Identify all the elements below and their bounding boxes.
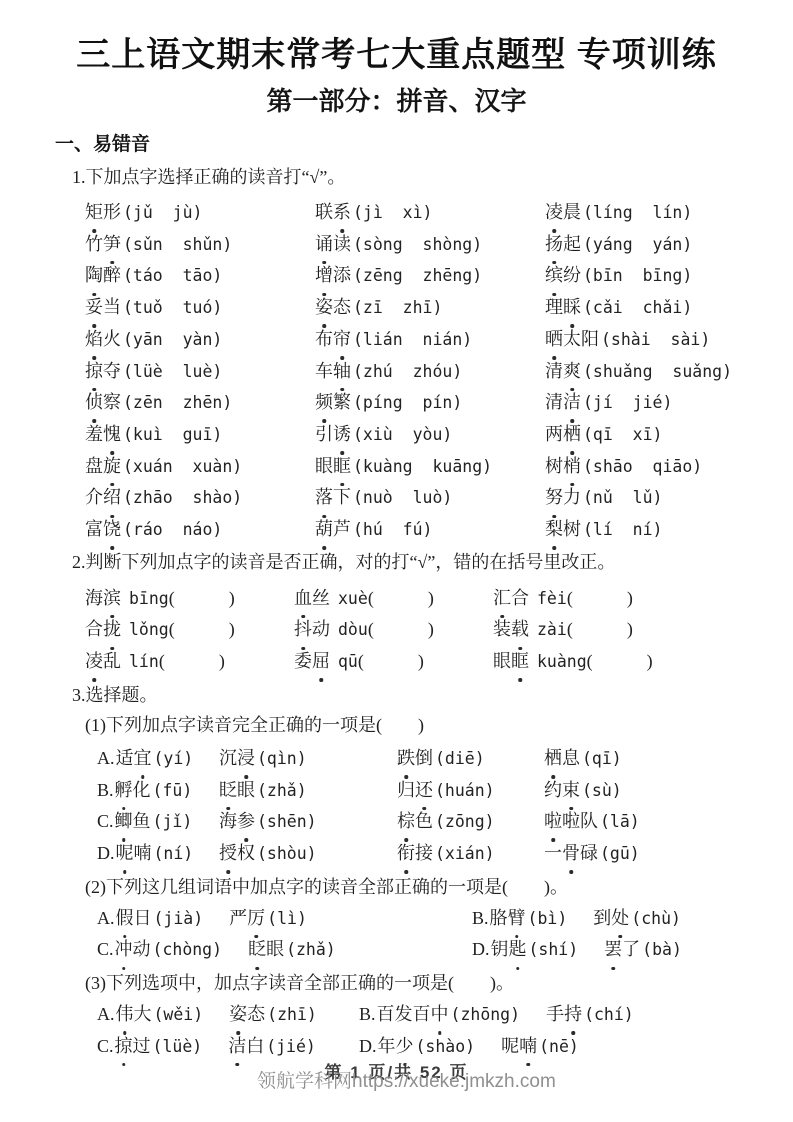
word-item: 车轴(zhú zhóu) xyxy=(315,356,545,388)
pinyin: (lüè luè) xyxy=(123,362,222,381)
hanzi-word: 栖息 xyxy=(544,748,580,768)
hanzi-word: 海滨 xyxy=(85,588,121,608)
hanzi-word: 盘旋 xyxy=(85,456,121,476)
hanzi-word: 冲动 xyxy=(115,939,151,959)
pinyin: (xiù yòu) xyxy=(353,425,452,444)
hanzi-word: 葫芦 xyxy=(315,519,351,539)
pinyin: (kuàng kuāng) xyxy=(353,457,492,476)
pinyin: (chù) xyxy=(631,909,681,928)
hanzi-word: 树梢 xyxy=(545,456,581,476)
word-item: D.呢喃(ní) xyxy=(97,838,219,870)
word-item: 一骨碌(gū) xyxy=(544,838,640,870)
hanzi-word: 妥当 xyxy=(85,297,121,317)
hanzi-word: 焰火 xyxy=(85,329,121,349)
hanzi-word: 呢喃 xyxy=(116,843,152,863)
word-row: A.伟大(wěi)姿态(zhī)B.百发百中(zhōng)手持(chí) xyxy=(97,999,793,1031)
hanzi-word: 联系 xyxy=(315,202,351,222)
word-item: D.钥匙(shí) xyxy=(472,934,578,966)
word-item: 合拢lǒng() xyxy=(85,614,294,646)
word-item: 频繁(píng pín) xyxy=(315,387,545,419)
pinyin: (zēn zhēn) xyxy=(123,393,232,412)
pinyin: (zhī) xyxy=(267,1005,317,1024)
hanzi-word: 装载 xyxy=(493,619,529,639)
word-item: 啦啦队(lā) xyxy=(544,806,640,838)
word-item: 扬起(yáng yán) xyxy=(545,229,775,261)
word-item: 归还(huán) xyxy=(397,775,544,807)
hanzi-word: 诵读 xyxy=(315,234,351,254)
hanzi-word: 眨眼 xyxy=(248,939,284,959)
word-row: 盘旋(xuán xuàn)眼眶(kuàng kuāng)树梢(shāo qiāo… xyxy=(85,451,793,483)
pinyin: (nē) xyxy=(539,1037,579,1056)
hanzi-word: 羞愧 xyxy=(85,424,121,444)
hanzi-word: 布帘 xyxy=(315,329,351,349)
word-item: 理睬(cǎi chǎi) xyxy=(545,292,775,324)
q3-sub3-prompt: (3)下列选项中，加点字读音全部正确的一项是( )。 xyxy=(85,969,793,997)
pinyin: (sù) xyxy=(582,781,622,800)
pinyin: (qìn) xyxy=(257,749,307,768)
hanzi-word: 陶醉 xyxy=(85,265,121,285)
word-row: 妥当(tuǒ tuó)姿态(zī zhī)理睬(cǎi chǎi) xyxy=(85,292,793,324)
pinyin: fèi xyxy=(537,589,567,608)
pinyin: (zhōng) xyxy=(451,1005,521,1024)
word-item: B.孵化(fū) xyxy=(97,775,219,807)
pinyin: (yí) xyxy=(154,749,194,768)
hanzi-word: 掠夺 xyxy=(85,361,121,381)
word-item: B.百发百中(zhōng) xyxy=(359,999,520,1031)
word-row: A.假日(jià)严厉(lì)B.胳臂(bì)到处(chù) xyxy=(97,903,793,935)
word-item: 跌倒(diē) xyxy=(397,743,544,775)
option-group: B.百发百中(zhōng)手持(chí) xyxy=(359,999,634,1031)
hanzi-word: 引诱 xyxy=(315,424,351,444)
word-item: 矩形(jǔ jù) xyxy=(85,197,315,229)
pinyin: (shài sài) xyxy=(601,330,710,349)
pinyin: (diē) xyxy=(435,749,485,768)
hanzi-word: 晒太阳 xyxy=(545,329,599,349)
hanzi-word: 矩形 xyxy=(85,202,121,222)
word-item: 海参(shēn) xyxy=(219,806,397,838)
pinyin: (nuò luò) xyxy=(353,488,452,507)
word-item: C.鲫鱼(jǐ) xyxy=(97,806,219,838)
q1-word-grid: 矩形(jǔ jù)联系(jì xì)凌晨(líng lín)竹笋(sǔn shǔ… xyxy=(85,197,793,546)
word-item: 血丝xuè() xyxy=(294,583,493,615)
q3-sub2-options: A.假日(jià)严厉(lì)B.胳臂(bì)到处(chù)C.冲动(chòng… xyxy=(97,903,793,966)
pinyin: kuàng xyxy=(537,652,587,671)
word-item: C.冲动(chòng) xyxy=(97,934,222,966)
option-label: C. xyxy=(97,939,114,959)
pinyin: (lián nián) xyxy=(353,330,472,349)
pinyin: (fū) xyxy=(153,781,193,800)
hanzi-word: 适宜 xyxy=(116,748,152,768)
pinyin: (hú fú) xyxy=(353,520,432,539)
word-item: 落下(nuò luò) xyxy=(315,482,545,514)
option-label: B. xyxy=(359,1004,376,1024)
option-group: D.钥匙(shí)罢了(bà) xyxy=(472,934,682,966)
word-item: C.掠过(lüè) xyxy=(97,1031,202,1063)
pinyin: bīng xyxy=(129,589,169,608)
hanzi-word: 啦啦队 xyxy=(544,811,598,831)
word-item: 棕色(zōng) xyxy=(397,806,544,838)
word-item: 晒太阳(shài sài) xyxy=(545,324,775,356)
word-item: D.年少(shào) xyxy=(359,1031,475,1063)
word-item: 约束(sù) xyxy=(544,775,622,807)
word-item: 妥当(tuǒ tuó) xyxy=(85,292,315,324)
pinyin: (xián) xyxy=(435,844,495,863)
pinyin: (chòng) xyxy=(153,940,223,959)
word-row: 掠夺(lüè luè)车轴(zhú zhóu)清爽(shuǎng suǎng) xyxy=(85,356,793,388)
word-item: 引诱(xiù yòu) xyxy=(315,419,545,451)
q3-prompt: 3.选择题。 xyxy=(72,681,793,709)
word-row: D.呢喃(ní)授权(shòu)衔接(xián)一骨碌(gū) xyxy=(97,838,793,870)
pinyin: (jì xì) xyxy=(353,203,432,222)
pinyin: (qī xī) xyxy=(583,425,662,444)
pinyin: (píng pín) xyxy=(353,393,462,412)
hanzi-word: 洁白 xyxy=(228,1036,264,1056)
pinyin: lǒng xyxy=(129,620,169,639)
option-label: A. xyxy=(97,748,115,768)
hanzi-word: 掠过 xyxy=(115,1036,151,1056)
word-item: 增添(zēng zhēng) xyxy=(315,260,545,292)
hanzi-word: 委屈 xyxy=(294,651,330,671)
word-item: 缤纷(bīn bīng) xyxy=(545,260,775,292)
word-item: 富饶(ráo náo) xyxy=(85,514,315,546)
pinyin: qū xyxy=(338,652,358,671)
word-item: 装载zài() xyxy=(493,614,633,646)
pinyin: (shào) xyxy=(416,1037,476,1056)
pinyin: xuè xyxy=(338,589,368,608)
pinyin: (xuán xuàn) xyxy=(123,457,242,476)
pinyin: (chí) xyxy=(584,1005,634,1024)
word-item: 清洁(jí jié) xyxy=(545,387,775,419)
hanzi-word: 罢了 xyxy=(604,939,640,959)
word-item: 委屈qū() xyxy=(294,646,493,678)
hanzi-word: 严厉 xyxy=(229,908,265,928)
pinyin: (zhǎ) xyxy=(257,781,307,800)
pinyin: (yáng yán) xyxy=(583,235,692,254)
hanzi-word: 侦察 xyxy=(85,392,121,412)
q2-prompt: 2.判断下列加点字的读音是否正确，对的打“√”，错的在括号里改正。 xyxy=(72,548,793,576)
option-group: A.伟大(wěi)姿态(zhī) xyxy=(97,999,359,1031)
word-item: 羞愧(kuì guī) xyxy=(85,419,315,451)
hanzi-word: 一骨碌 xyxy=(544,843,598,863)
pinyin: (líng lín) xyxy=(583,203,692,222)
q1-prompt: 1.下加点字选择正确的读音打“√”。 xyxy=(72,163,793,191)
watermark: 领航学科网https://xueke.jmkzh.com xyxy=(257,1070,556,1094)
hanzi-word: 衔接 xyxy=(397,843,433,863)
pinyin: (jǐ) xyxy=(153,812,193,831)
hanzi-word: 理睬 xyxy=(545,297,581,317)
pinyin: (zōng) xyxy=(435,812,495,831)
word-item: 诵读(sòng shòng) xyxy=(315,229,545,261)
word-item: 姿态(zī zhī) xyxy=(315,292,545,324)
pinyin: (jià) xyxy=(154,909,204,928)
word-item: 焰火(yān yàn) xyxy=(85,324,315,356)
word-item: 陶醉(táo tāo) xyxy=(85,260,315,292)
word-row: 海滨bīng()血丝xuè()汇合fèi() xyxy=(85,583,793,615)
word-item: A.适宜(yí) xyxy=(97,743,219,775)
pinyin: (táo tāo) xyxy=(123,266,222,285)
pinyin: (gū) xyxy=(600,844,640,863)
word-item: B.胳臂(bì) xyxy=(472,903,567,935)
option-label: D. xyxy=(97,843,115,863)
option-group: C.冲动(chòng)眨眼(zhǎ) xyxy=(97,934,472,966)
pinyin: (ní) xyxy=(154,844,194,863)
pinyin: (zhāo shào) xyxy=(123,488,242,507)
word-item: 衔接(xián) xyxy=(397,838,544,870)
hanzi-word: 缤纷 xyxy=(545,265,581,285)
word-item: 严厉(lì) xyxy=(229,903,307,935)
word-item: 两栖(qī xī) xyxy=(545,419,775,451)
hanzi-word: 凌乱 xyxy=(85,651,121,671)
q2-word-grid: 海滨bīng()血丝xuè()汇合fèi()合拢lǒng()抖动dòu()装载z… xyxy=(85,583,793,678)
word-item: 沉浸(qìn) xyxy=(219,743,397,775)
hanzi-word: 梨树 xyxy=(545,519,581,539)
word-item: 抖动dòu() xyxy=(294,614,493,646)
word-item: 掠夺(lüè luè) xyxy=(85,356,315,388)
hanzi-word: 富饶 xyxy=(85,519,121,539)
word-item: 联系(jì xì) xyxy=(315,197,545,229)
q3-sub3-options: A.伟大(wěi)姿态(zhī)B.百发百中(zhōng)手持(chí)C.掠过… xyxy=(97,999,793,1062)
pinyin: (shēn) xyxy=(257,812,317,831)
pinyin: (sòng shòng) xyxy=(353,235,482,254)
word-item: 盘旋(xuán xuàn) xyxy=(85,451,315,483)
word-row: C.冲动(chòng)眨眼(zhǎ)D.钥匙(shí)罢了(bà) xyxy=(97,934,793,966)
word-item: 布帘(lián nián) xyxy=(315,324,545,356)
pinyin: (jié) xyxy=(266,1037,316,1056)
pinyin: (zhú zhóu) xyxy=(353,362,462,381)
word-item: 汇合fèi() xyxy=(493,583,633,615)
hanzi-word: 假日 xyxy=(116,908,152,928)
hanzi-word: 血丝 xyxy=(294,588,330,608)
hanzi-word: 竹笋 xyxy=(85,234,121,254)
hanzi-word: 手持 xyxy=(546,1004,582,1024)
pinyin: zài xyxy=(537,620,567,639)
hanzi-word: 眼眶 xyxy=(315,456,351,476)
word-item: 树梢(shāo qiāo) xyxy=(545,451,775,483)
hanzi-word: 合拢 xyxy=(85,619,121,639)
word-row: 陶醉(táo tāo)增添(zēng zhēng)缤纷(bīn bīng) xyxy=(85,260,793,292)
hanzi-word: 百发百中 xyxy=(377,1004,449,1024)
option-label: D. xyxy=(359,1036,377,1056)
pinyin: (bà) xyxy=(642,940,682,959)
hanzi-word: 汇合 xyxy=(493,588,529,608)
pinyin: (shāo qiāo) xyxy=(583,457,702,476)
pinyin: (zēng zhēng) xyxy=(353,266,482,285)
hanzi-word: 眨眼 xyxy=(219,780,255,800)
pinyin: (jǔ jù) xyxy=(123,203,202,222)
word-item: 授权(shòu) xyxy=(219,838,397,870)
hanzi-word: 到处 xyxy=(593,908,629,928)
word-item: 葫芦(hú fú) xyxy=(315,514,545,546)
option-group: D.年少(shào)呢喃(nē) xyxy=(359,1031,579,1063)
hanzi-word: 姿态 xyxy=(315,297,351,317)
pinyin: (zī zhī) xyxy=(353,298,442,317)
word-row: 介绍(zhāo shào)落下(nuò luò)努力(nǔ lǔ) xyxy=(85,482,793,514)
pinyin: (sǔn shǔn) xyxy=(123,235,232,254)
option-label: C. xyxy=(97,1036,114,1056)
hanzi-word: 清洁 xyxy=(545,392,581,412)
word-item: 清爽(shuǎng suǎng) xyxy=(545,356,775,388)
option-group: C.掠过(lüè)洁白(jié) xyxy=(97,1031,359,1063)
word-row: 富饶(ráo náo)葫芦(hú fú)梨树(lí ní) xyxy=(85,514,793,546)
word-row: 矩形(jǔ jù)联系(jì xì)凌晨(líng lín) xyxy=(85,197,793,229)
hanzi-word: 抖动 xyxy=(294,619,330,639)
word-row: 羞愧(kuì guī)引诱(xiù yòu)两栖(qī xī) xyxy=(85,419,793,451)
pinyin: lín xyxy=(129,652,159,671)
word-item: 梨树(lí ní) xyxy=(545,514,775,546)
hanzi-word: 增添 xyxy=(315,265,351,285)
hanzi-word: 鲫鱼 xyxy=(115,811,151,831)
pinyin: (bì) xyxy=(528,909,568,928)
pinyin: (shuǎng suǎng) xyxy=(583,362,732,381)
hanzi-word: 胳臂 xyxy=(490,908,526,928)
hanzi-word: 伟大 xyxy=(116,1004,152,1024)
word-item: 介绍(zhāo shào) xyxy=(85,482,315,514)
pinyin: (kuì guī) xyxy=(123,425,222,444)
hanzi-word: 车轴 xyxy=(315,361,351,381)
word-row: C.鲫鱼(jǐ)海参(shēn)棕色(zōng)啦啦队(lā) xyxy=(97,806,793,838)
hanzi-word: 呢喃 xyxy=(501,1036,537,1056)
word-item: 眼眶kuàng() xyxy=(493,646,653,678)
word-item: A.假日(jià) xyxy=(97,903,203,935)
pinyin: (jí jié) xyxy=(583,393,672,412)
word-item: 海滨bīng() xyxy=(85,583,294,615)
word-row: 侦察(zēn zhēn)频繁(píng pín)清洁(jí jié) xyxy=(85,387,793,419)
word-item: 到处(chù) xyxy=(593,903,681,935)
pinyin: (nǔ lǔ) xyxy=(583,488,662,507)
hanzi-word: 海参 xyxy=(219,811,255,831)
word-row: 合拢lǒng()抖动dòu()装载zài() xyxy=(85,614,793,646)
pinyin: (shòu) xyxy=(257,844,317,863)
word-item: 凌晨(líng lín) xyxy=(545,197,775,229)
option-label: D. xyxy=(472,939,490,959)
word-row: B.孵化(fū)眨眼(zhǎ)归还(huán)约束(sù) xyxy=(97,775,793,807)
worksheet-page: 三上语文期末常考七大重点题型 专项训练 第一部分：拼音、汉字 一、易错音 1.下… xyxy=(0,0,793,1122)
word-item: 侦察(zēn zhēn) xyxy=(85,387,315,419)
word-item: 姿态(zhī) xyxy=(229,999,317,1031)
hanzi-word: 约束 xyxy=(544,780,580,800)
hanzi-word: 频繁 xyxy=(315,392,351,412)
q3-sub1-prompt: (1)下列加点字读音完全正确的一项是( ) xyxy=(85,711,793,739)
hanzi-word: 年少 xyxy=(378,1036,414,1056)
word-item: 罢了(bà) xyxy=(604,934,682,966)
pinyin: (shí) xyxy=(529,940,579,959)
hanzi-word: 沉浸 xyxy=(219,748,255,768)
pinyin: (lí ní) xyxy=(583,520,662,539)
hanzi-word: 跌倒 xyxy=(397,748,433,768)
hanzi-word: 孵化 xyxy=(115,780,151,800)
word-row: A.适宜(yí)沉浸(qìn)跌倒(diē)栖息(qī) xyxy=(97,743,793,775)
pinyin: (ráo náo) xyxy=(123,520,222,539)
option-group: A.假日(jià)严厉(lì) xyxy=(97,903,472,935)
pinyin: (lì) xyxy=(267,909,307,928)
pinyin: dòu xyxy=(338,620,368,639)
pinyin: (cǎi chǎi) xyxy=(583,298,692,317)
word-item: 竹笋(sǔn shǔn) xyxy=(85,229,315,261)
hanzi-word: 落下 xyxy=(315,487,351,507)
option-label: A. xyxy=(97,1004,115,1024)
option-label: A. xyxy=(97,908,115,928)
pinyin: (zhǎ) xyxy=(286,940,336,959)
word-item: 眨眼(zhǎ) xyxy=(219,775,397,807)
word-item: 眨眼(zhǎ) xyxy=(248,934,336,966)
hanzi-word: 两栖 xyxy=(545,424,581,444)
pinyin: (bīn bīng) xyxy=(583,266,692,285)
option-label: B. xyxy=(97,780,114,800)
hanzi-word: 清爽 xyxy=(545,361,581,381)
hanzi-word: 凌晨 xyxy=(545,202,581,222)
word-item: 努力(nǔ lǔ) xyxy=(545,482,775,514)
option-label: C. xyxy=(97,811,114,831)
pinyin: (huán) xyxy=(435,781,495,800)
word-row: 凌乱lín()委屈qū()眼眶kuàng() xyxy=(85,646,793,678)
hanzi-word: 眼眶 xyxy=(493,651,529,671)
pinyin: (wěi) xyxy=(154,1005,204,1024)
q3-sub2-prompt: (2)下列这几组词语中加点字的读音全部正确的一项是( )。 xyxy=(85,873,793,901)
word-item: 眼眶(kuàng kuāng) xyxy=(315,451,545,483)
pinyin: (yān yàn) xyxy=(123,330,222,349)
pinyin: (lā) xyxy=(600,812,640,831)
word-row: 焰火(yān yàn)布帘(lián nián)晒太阳(shài sài) xyxy=(85,324,793,356)
pinyin: (lüè) xyxy=(153,1037,203,1056)
word-item: 栖息(qī) xyxy=(544,743,622,775)
option-label: B. xyxy=(472,908,489,928)
hanzi-word: 介绍 xyxy=(85,487,121,507)
word-row: 竹笋(sǔn shǔn)诵读(sòng shòng)扬起(yáng yán) xyxy=(85,229,793,261)
word-item: 手持(chí) xyxy=(546,999,634,1031)
option-group: B.胳臂(bì)到处(chù) xyxy=(472,903,681,935)
page-title: 三上语文期末常考七大重点题型 专项训练 xyxy=(0,34,793,76)
word-row: C.掠过(lüè)洁白(jié)D.年少(shào)呢喃(nē) xyxy=(97,1031,793,1063)
word-item: 凌乱lín() xyxy=(85,646,294,678)
q3-sub1-options: A.适宜(yí)沉浸(qìn)跌倒(diē)栖息(qī)B.孵化(fū)眨眼(z… xyxy=(97,743,793,870)
hanzi-word: 扬起 xyxy=(545,234,581,254)
hanzi-word: 归还 xyxy=(397,780,433,800)
hanzi-word: 努力 xyxy=(545,487,581,507)
page-subtitle: 第一部分：拼音、汉字 xyxy=(0,84,793,118)
pinyin: (tuǒ tuó) xyxy=(123,298,222,317)
word-item: A.伟大(wěi) xyxy=(97,999,203,1031)
word-item: 洁白(jié) xyxy=(228,1031,316,1063)
pinyin: (qī) xyxy=(582,749,622,768)
hanzi-word: 授权 xyxy=(219,843,255,863)
word-item: 呢喃(nē) xyxy=(501,1031,579,1063)
hanzi-word: 钥匙 xyxy=(491,939,527,959)
section-heading: 一、易错音 xyxy=(55,132,793,158)
hanzi-word: 棕色 xyxy=(397,811,433,831)
hanzi-word: 姿态 xyxy=(229,1004,265,1024)
